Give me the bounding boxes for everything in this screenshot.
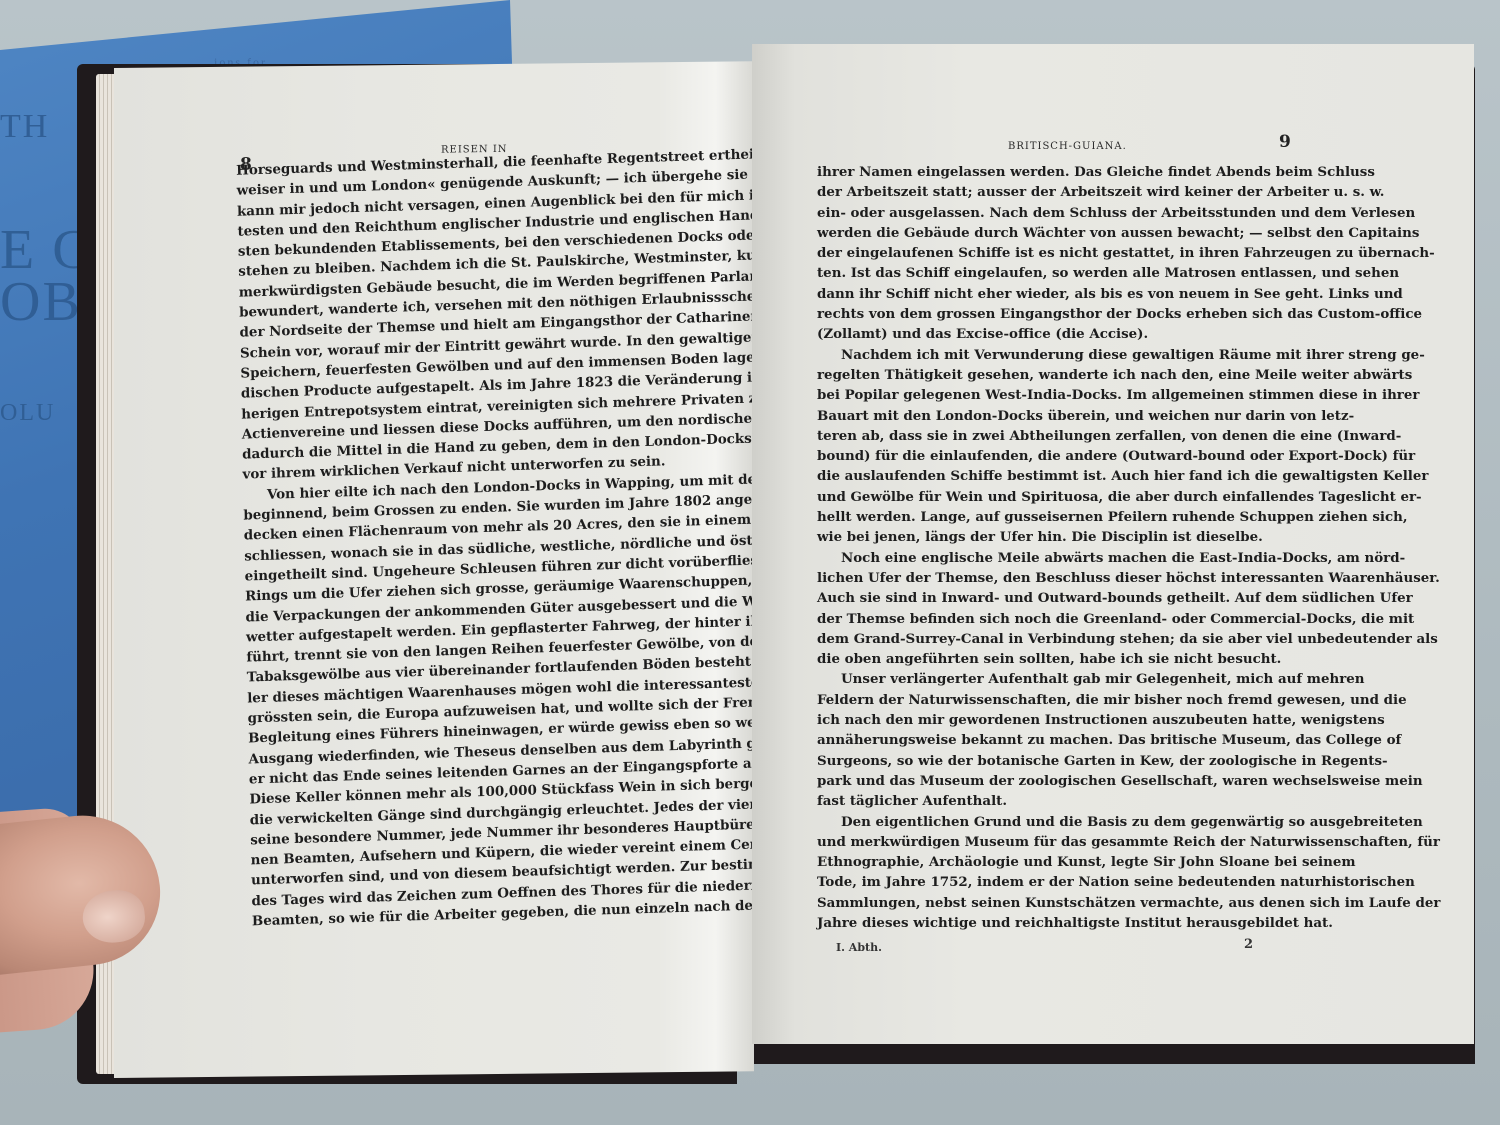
text-line: rechts von dem grossen Eingangsthor der … (817, 304, 1322, 324)
signature-mark: I. Abth. (836, 941, 882, 954)
text-line: bei Popilar gelegenen West-India-Docks. … (817, 385, 1322, 405)
text-line: Tode, im Jahre 1752, indem er der Nation… (817, 872, 1322, 892)
right-page-body-text: ihrer Namen eingelassen werden. Das Glei… (817, 162, 1322, 933)
text-line: bound) für die einlaufenden, die andere … (817, 446, 1322, 466)
text-line: Surgeons, so wie der botanische Garten i… (817, 751, 1322, 771)
text-line: annäherungsweise bekannt zu machen. Das … (817, 730, 1322, 750)
text-line: und merkwürdigen Museum für das gesammte… (817, 832, 1322, 852)
text-line: lichen Ufer der Themse, den Beschluss di… (817, 568, 1322, 588)
text-line: Noch eine englische Meile abwärts machen… (817, 548, 1322, 568)
text-line: Den eigentlichen Grund und die Basis zu … (817, 812, 1322, 832)
text-line: dem Grand-Surrey-Canal in Verbindung ste… (817, 629, 1322, 649)
text-line: Auch sie sind in Inward- und Outward-bou… (817, 588, 1322, 608)
text-line: Sammlungen, nebst seinen Kunstschätzen v… (817, 893, 1322, 913)
text-line: werden die Gebäude durch Wächter von aus… (817, 223, 1322, 243)
text-line: der Themse befinden sich noch die Greenl… (817, 609, 1322, 629)
text-line: teren ab, dass sie in zwei Abtheilungen … (817, 426, 1322, 446)
text-line: park und das Museum der zoologischen Ges… (817, 771, 1322, 791)
text-line: ihrer Namen eingelassen werden. Das Glei… (817, 162, 1322, 182)
text-line: Bauart mit den London-Docks überein, und… (817, 406, 1322, 426)
text-line: Jahre dieses wichtige und reichhaltigste… (817, 913, 1322, 933)
running-head-right: BRITISCH-GUIANA. (1008, 141, 1127, 152)
text-line: dann ihr Schiff nicht eher wieder, als b… (817, 284, 1322, 304)
text-line: ten. Ist das Schiff eingelaufen, so werd… (817, 263, 1322, 283)
text-line: Nachdem ich mit Verwunderung diese gewal… (817, 345, 1322, 365)
text-line: die oben angeführten sein sollten, habe … (817, 649, 1322, 669)
left-page: 8 REISEN IN Horseguards und Westminsterh… (114, 61, 754, 1078)
signature-number: 2 (1244, 937, 1253, 952)
page-number-right: 9 (1279, 132, 1291, 152)
text-line: fast täglicher Aufenthalt. (817, 791, 1322, 811)
text-line: ein- oder ausgelassen. Nach dem Schluss … (817, 203, 1322, 223)
text-line: der Arbeitszeit statt; ausser der Arbeit… (817, 182, 1322, 202)
right-page: BRITISCH-GUIANA. 9 ihrer Namen eingelass… (752, 44, 1474, 1044)
text-line: ich nach den mir gewordenen Instructione… (817, 710, 1322, 730)
text-line: regelten Thätigkeit gesehen, wanderte ic… (817, 365, 1322, 385)
blue-book-text-fragment: OLU (0, 400, 55, 427)
text-line: Feldern der Naturwissenschaften, die mir… (817, 690, 1322, 710)
text-line: der eingelaufenen Schiffe ist es nicht g… (817, 243, 1322, 263)
blue-book-text-fragment: TH (0, 108, 49, 146)
text-line: (Zollamt) und das Excise-office (die Acc… (817, 324, 1322, 344)
text-line: Unser verlängerter Aufenthalt gab mir Ge… (817, 669, 1322, 689)
text-line: und Gewölbe für Wein und Spirituosa, die… (817, 487, 1322, 507)
text-line: Ethnographie, Archäologie und Kunst, leg… (817, 852, 1322, 872)
text-line: hellt werden. Lange, auf gusseisernen Pf… (817, 507, 1322, 527)
blue-book-text-fragment: OB (0, 270, 82, 334)
text-line: die auslaufenden Schiffe bestimmt ist. A… (817, 466, 1322, 486)
left-page-body-text: Horseguards und Westminsterhall, die fee… (236, 146, 720, 932)
text-line: wie bei jenen, längs der Ufer hin. Die D… (817, 527, 1322, 547)
thumbnail (80, 887, 147, 945)
